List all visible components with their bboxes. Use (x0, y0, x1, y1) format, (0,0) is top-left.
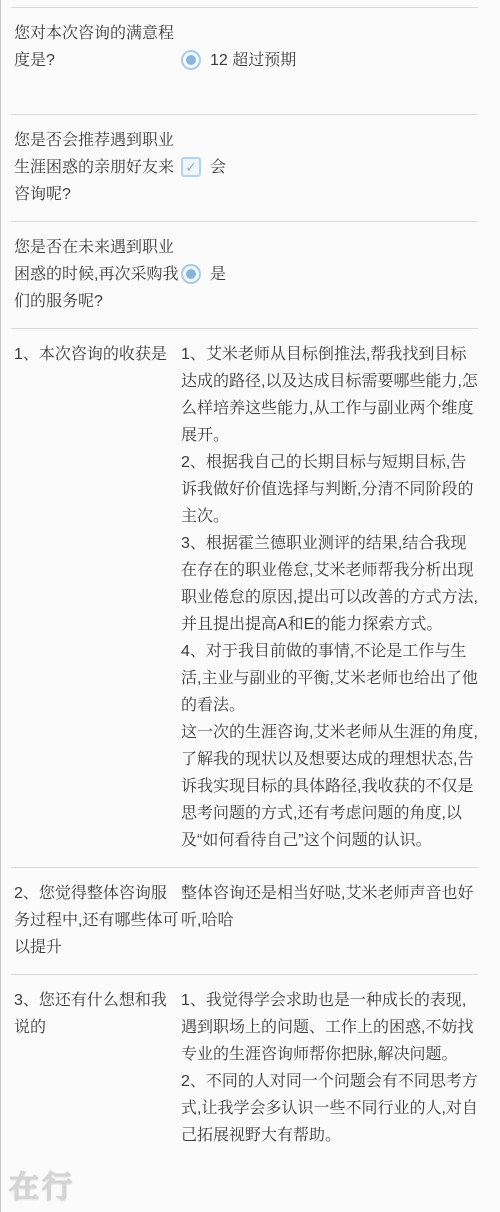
answer-text: 整体咨询还是相当好哒,艾米老师声音也好听,哈哈 (181, 880, 478, 934)
survey-row-recommend: 您是否会推荐遇到职业生涯困惑的亲朋好友来咨询呢? ✓ 会 (11, 114, 478, 221)
checkbox-checked-icon[interactable]: ✓ (181, 157, 201, 177)
question-label: 2、您觉得整体咨询服务过程中,还有哪些体可以提升 (14, 880, 181, 961)
choice-answer-label: 会 (210, 154, 226, 181)
survey-row-repurchase: 您是否在未来遇到职业困惑的时候,再次采购我们的服务呢? 是 (11, 221, 478, 328)
answer-choice: 12 超过预期 (181, 47, 478, 74)
question-label: 您是否在未来遇到职业困惑的时候,再次采购我们的服务呢? (14, 234, 181, 315)
answer-choice: ✓ 会 (181, 154, 478, 181)
survey-results-table: 您对本次咨询的满意程度是? 12 超过预期 您是否会推荐遇到职业生涯困惑的亲朋好… (11, 0, 478, 1162)
zaihang-watermark: 在行 (9, 1162, 75, 1206)
radio-selected-icon[interactable] (181, 50, 201, 70)
survey-row-final-words: 3、您还有什么想和我说的 1、我觉得学会求助也是一种成长的表现,遇到职场上的问题… (11, 974, 478, 1162)
question-label: 1、本次咨询的收获是 (14, 341, 181, 368)
answer-text: 1、我觉得学会求助也是一种成长的表现,遇到职场上的问题、工作上的困惑,不妨找专业… (181, 987, 478, 1149)
answer-choice: 是 (181, 261, 478, 288)
question-label: 您对本次咨询的满意程度是? (14, 20, 181, 74)
survey-row-improvements: 2、您觉得整体咨询服务过程中,还有哪些体可以提升 整体咨询还是相当好哒,艾米老师… (11, 867, 478, 974)
radio-selected-icon[interactable] (181, 264, 201, 284)
question-label: 您是否会推荐遇到职业生涯困惑的亲朋好友来咨询呢? (14, 127, 181, 208)
question-label: 3、您还有什么想和我说的 (14, 987, 181, 1041)
choice-answer-label: 是 (210, 261, 226, 288)
survey-row-gains: 1、本次咨询的收获是 1、艾米老师从目标倒推法,帮我找到目标达成的路径,以及达成… (11, 328, 478, 867)
answer-text: 1、艾米老师从目标倒推法,帮我找到目标达成的路径,以及达成目标需要哪些能力,怎么… (181, 341, 478, 854)
survey-row-satisfaction: 您对本次咨询的满意程度是? 12 超过预期 (11, 7, 478, 114)
choice-answer-label: 12 超过预期 (210, 47, 296, 74)
